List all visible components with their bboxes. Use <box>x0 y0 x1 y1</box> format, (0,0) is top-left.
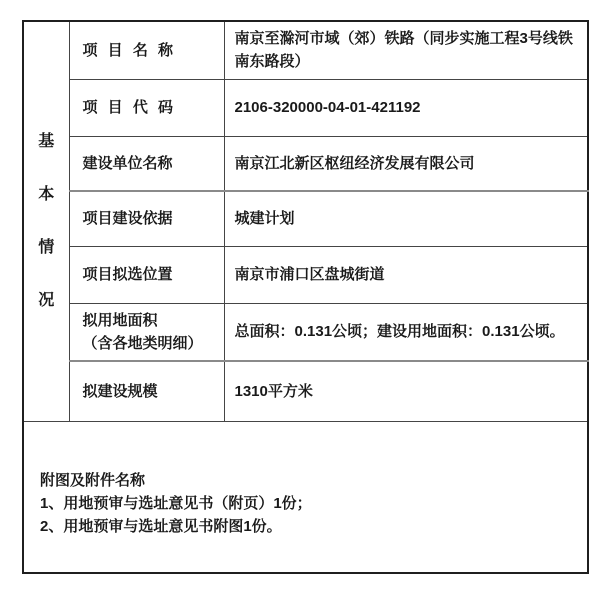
table-row: 拟建设规模 1310平方米 <box>23 361 588 421</box>
attachments-cell: 附图及附件名称 1、用地预审与选址意见书（附页）1份； 2、用地预审与选址意见书… <box>23 421 588 573</box>
section-header-basic-info: 基 本 情 况 <box>23 21 69 421</box>
section-char: 情 <box>38 236 54 259</box>
table-row: 基 本 情 况 项 目 名 称 南京至滁河市域（郊）铁路（同步实施工程3号线铁南… <box>23 21 588 79</box>
field-value-construction-unit: 南京江北新区枢纽经济发展有限公司 <box>224 136 588 191</box>
field-label-line: 拟用地面积 <box>83 309 218 332</box>
form-sheet: 基 本 情 况 项 目 名 称 南京至滁河市域（郊）铁路（同步实施工程3号线铁南… <box>0 0 600 591</box>
field-value-construction-basis: 城建计划 <box>224 191 588 246</box>
table-row: 项目建设依据 城建计划 <box>23 191 588 246</box>
attachments-title: 附图及附件名称 <box>40 469 577 492</box>
table-row: 建设单位名称 南京江北新区枢纽经济发展有限公司 <box>23 136 588 191</box>
field-label-proposed-land-area: 拟用地面积 （含各地类明细） <box>69 303 224 361</box>
field-label-project-name: 项 目 名 称 <box>69 21 224 79</box>
field-value-proposed-land-area: 总面积：0.131公顷；建设用地面积：0.131公顷。 <box>224 303 588 361</box>
field-label-construction-unit: 建设单位名称 <box>69 136 224 191</box>
field-value-proposed-location: 南京市浦口区盘城街道 <box>224 246 588 303</box>
table-row-attachments: 附图及附件名称 1、用地预审与选址意见书（附页）1份； 2、用地预审与选址意见书… <box>23 421 588 573</box>
table-row: 项目拟选位置 南京市浦口区盘城街道 <box>23 246 588 303</box>
field-value-project-code: 2106-320000-04-01-421192 <box>224 79 588 136</box>
section-char: 况 <box>38 289 54 312</box>
field-label-project-code: 项 目 代 码 <box>69 79 224 136</box>
attachment-item-2: 2、用地预审与选址意见书附图1份。 <box>40 515 577 538</box>
basic-info-table: 基 本 情 况 项 目 名 称 南京至滁河市域（郊）铁路（同步实施工程3号线铁南… <box>22 20 589 574</box>
field-label-line2: （含各地类明细） <box>83 332 218 355</box>
field-value-project-name: 南京至滁河市域（郊）铁路（同步实施工程3号线铁南东路段） <box>224 21 588 79</box>
section-char: 基 <box>38 130 54 153</box>
attachment-item-1: 1、用地预审与选址意见书（附页）1份； <box>40 492 577 515</box>
table-row: 拟用地面积 （含各地类明细） 总面积：0.131公顷；建设用地面积：0.131公… <box>23 303 588 361</box>
field-value-proposed-scale: 1310平方米 <box>224 361 588 421</box>
field-label-proposed-scale: 拟建设规模 <box>69 361 224 421</box>
section-char: 本 <box>38 183 54 206</box>
field-label-construction-basis: 项目建设依据 <box>69 191 224 246</box>
table-row: 项 目 代 码 2106-320000-04-01-421192 <box>23 79 588 136</box>
section-vertical-label: 基 本 情 况 <box>24 130 69 312</box>
field-label-proposed-location: 项目拟选位置 <box>69 246 224 303</box>
